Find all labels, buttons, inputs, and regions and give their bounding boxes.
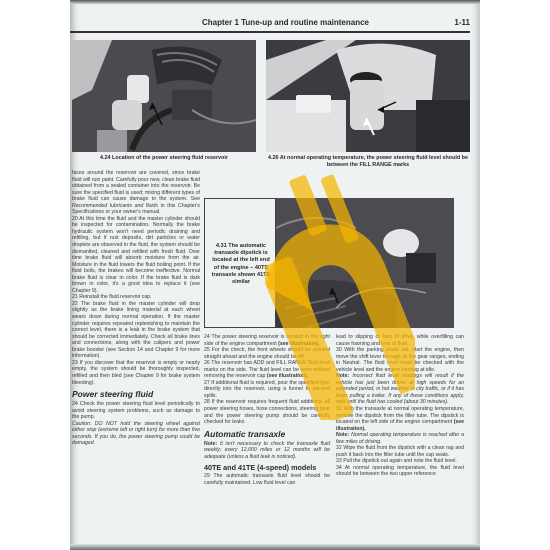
paragraph-25: 25 For the check, the front wheels shoul… [204, 347, 330, 360]
middle-column: 24 The power steering reservoir is locat… [204, 334, 330, 486]
paragraph-26: 26 The reservoir has ADD and FILL RANGE … [204, 360, 330, 380]
transaxle-photo [276, 198, 454, 328]
paragraph-20: 20 At this time the fluid and the master… [72, 216, 200, 295]
note-fluid-reading: Note: Incorrect fluid level readings wil… [336, 373, 464, 406]
photo-4-26 [266, 40, 470, 152]
paragraph-33: 33 Pull the dipstick out again and note … [336, 458, 464, 465]
paragraph-31: 31 With the transaxle at normal operatin… [336, 406, 464, 432]
reservoir-photo [266, 40, 470, 152]
section-heading-automatic-transaxle: Automatic transaxle [204, 429, 330, 439]
page-bottom-edge [70, 544, 480, 550]
subheading-40te-41te: 40TE and 41TE (4-speed) models [204, 463, 330, 472]
paragraph-29: 29 The automatic transaxle fluid level s… [204, 473, 330, 486]
paragraph: faces around the reservoir are covered, … [72, 170, 200, 216]
header-rule [70, 31, 470, 33]
paragraph-34: 34 At normal operating temperature, the … [336, 465, 464, 478]
photo-4-31 [276, 198, 454, 328]
paragraph-30: 30 With the parking brake set, start the… [336, 347, 464, 373]
inset-caption-box: 4.31 The automatic transaxle dipstick is… [204, 198, 276, 328]
chapter-title: Chapter 1 Tune-up and routine maintenanc… [202, 18, 369, 27]
engine-bay-photo [72, 40, 256, 152]
paragraph-cont: lead to slipping or loss of drive, while… [336, 334, 464, 347]
caution-note: Caution: DO NOT hold the steering wheel … [72, 421, 200, 447]
paragraph-32: 32 Wipe the fluid from the dipstick with… [336, 445, 464, 458]
note-operating-temp: Note: Normal operating temperature is re… [336, 432, 464, 445]
page-number: 1-11 [454, 18, 470, 27]
right-column: lead to slipping or loss of drive, while… [336, 334, 464, 478]
manual-page: Chapter 1 Tune-up and routine maintenanc… [70, 0, 480, 550]
transaxle-note: Note: It isn't necessary to check the tr… [204, 441, 330, 461]
paragraph-23: 23 If you discover that the reservoir is… [72, 360, 200, 386]
section-heading-power-steering: Power steering fluid [72, 389, 200, 399]
paragraph-24b: 24 The power steering reservoir is locat… [204, 334, 330, 347]
paragraph-28: 28 If the reservoir requires frequent fl… [204, 399, 330, 425]
page-top-edge [70, 0, 480, 4]
caption-4-26: 4.26 At normal operating temperature, th… [266, 155, 470, 168]
left-column: faces around the reservoir are covered, … [72, 170, 200, 447]
paragraph-27: 27 If additional fluid is required, pour… [204, 380, 330, 400]
paragraph-22: 22 The brake fluid in the master cylinde… [72, 301, 200, 360]
photo-4-24 [72, 40, 256, 152]
caption-4-31: 4.31 The automatic transaxle dipstick is… [209, 243, 273, 286]
paragraph-24: 24 Check the power steering fluid level … [72, 401, 200, 421]
page-header: Chapter 1 Tune-up and routine maintenanc… [70, 18, 478, 32]
caption-4-24: 4.24 Location of the power steering flui… [74, 155, 254, 162]
